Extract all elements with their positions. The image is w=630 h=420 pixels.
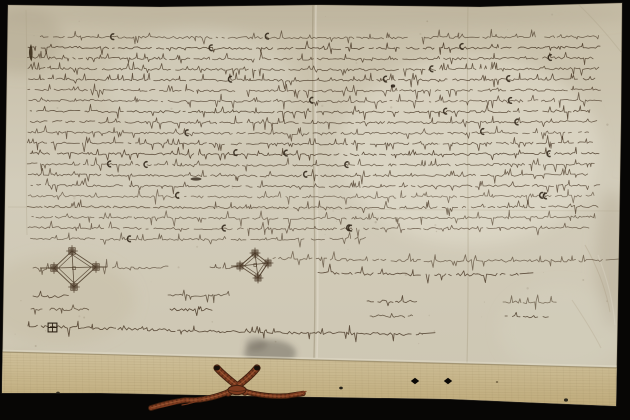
parchment-scene	[0, 0, 630, 420]
ribbon-tip	[254, 366, 260, 371]
ribbon-knot	[228, 385, 246, 394]
ribbon-tip	[214, 366, 220, 371]
photograph-of-charter	[0, 0, 630, 420]
